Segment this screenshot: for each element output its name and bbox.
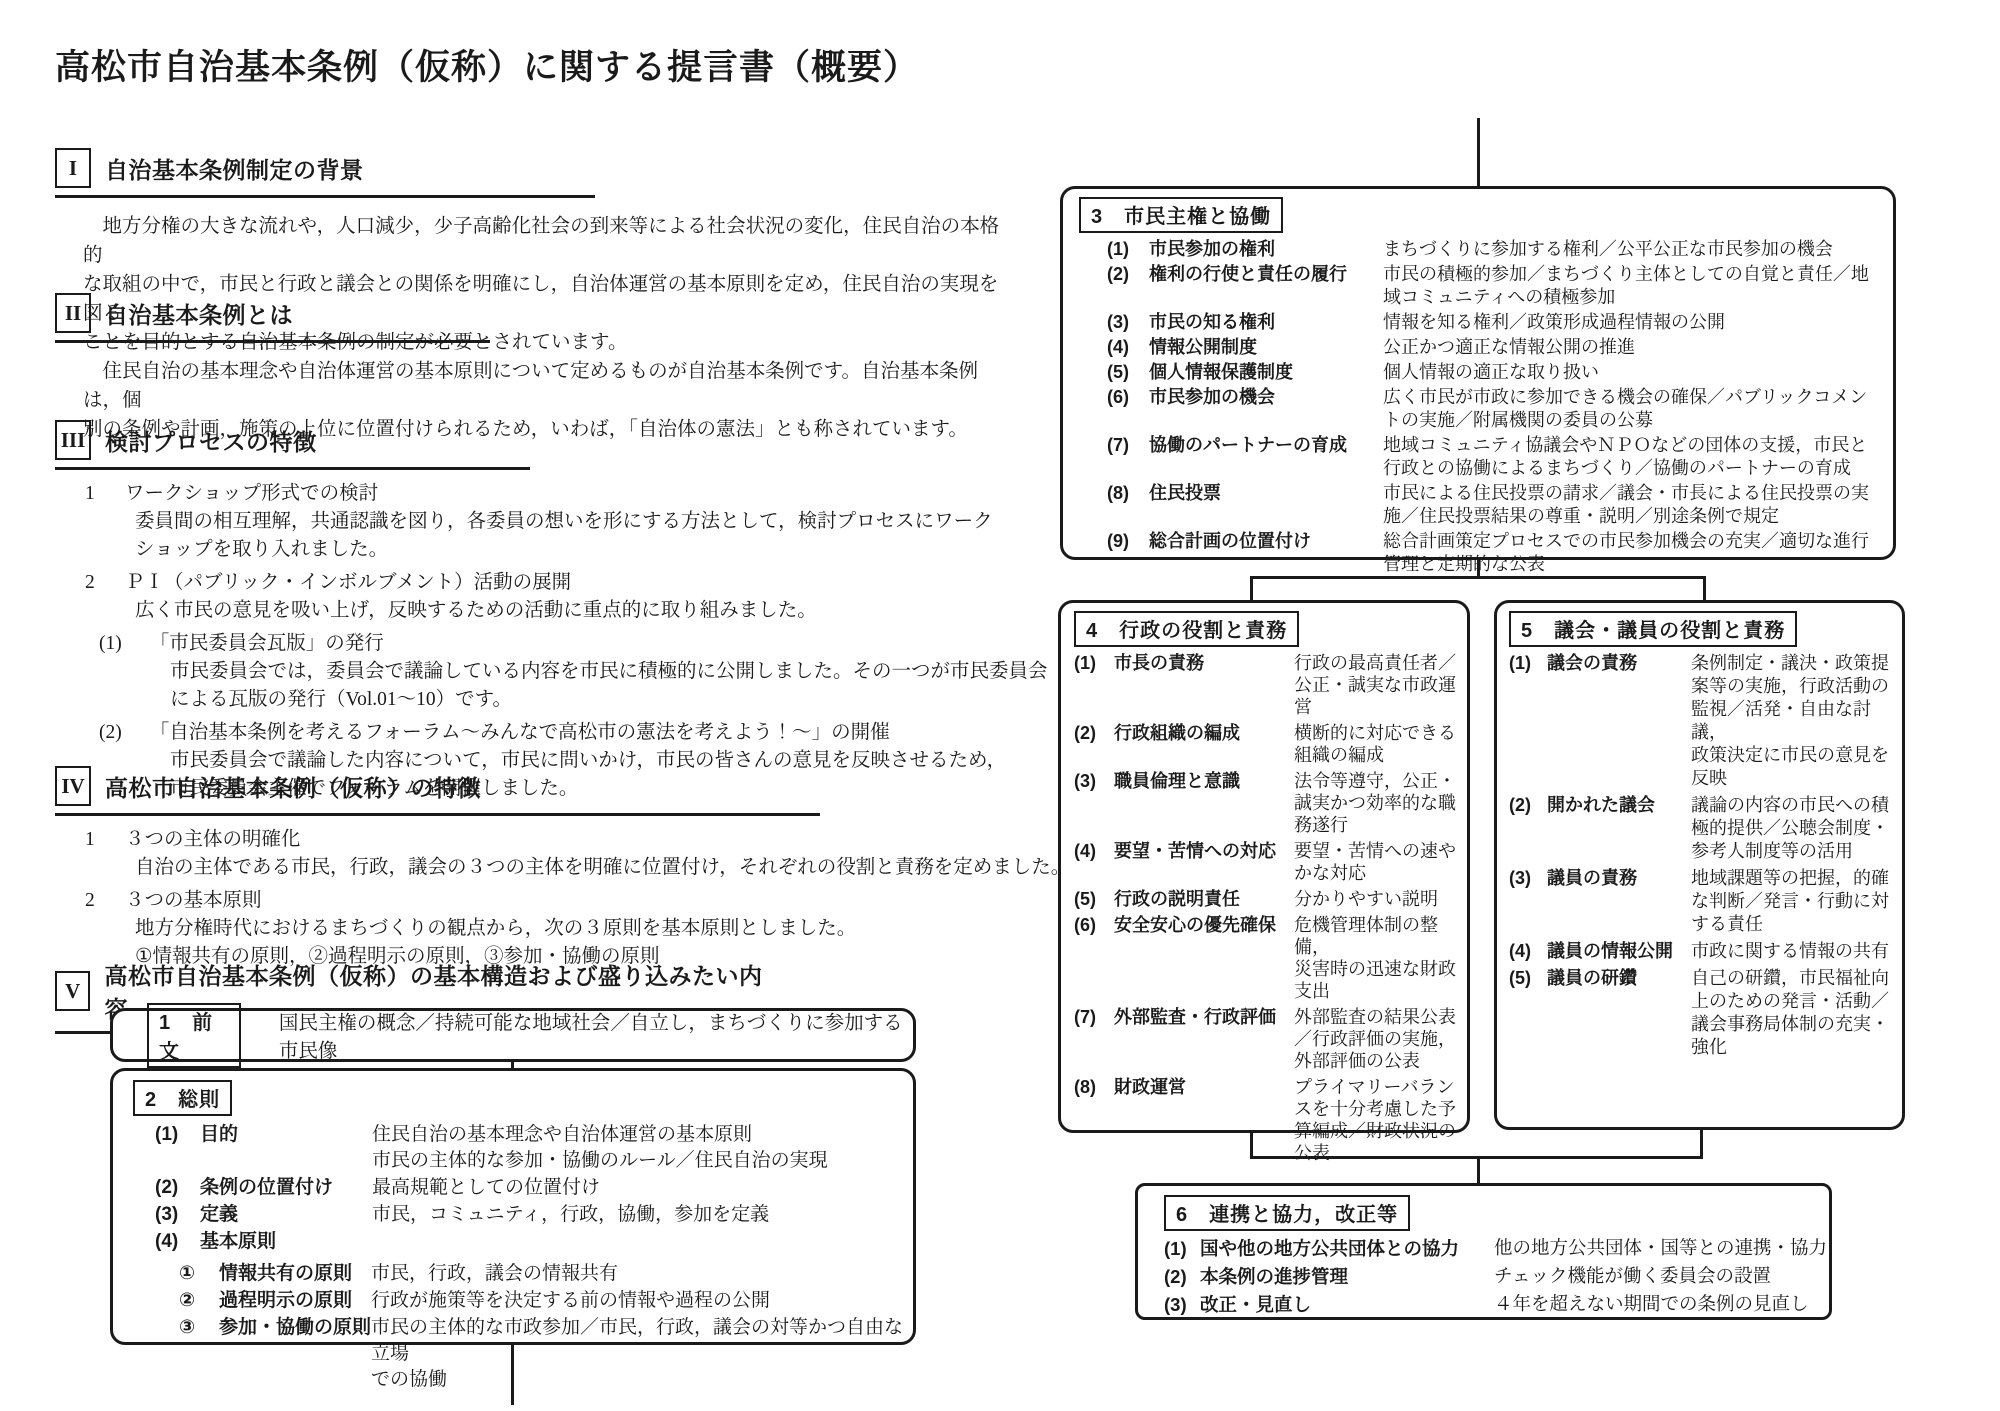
document-page: 高松市自治基本条例（仮称）に関する提言書（概要） I 自治基本条例制定の背景 地… [0,0,2000,1411]
connector-line [511,1345,514,1405]
row-term: 情報公開制度 [1149,336,1383,359]
row-number: (1) [1164,1236,1200,1262]
row-description: ４年を超えない期間での条例の見直し [1494,1292,1829,1318]
row-term: 過程明示の原則 [219,1288,371,1314]
row-number: ① [179,1261,219,1287]
row-term: 開かれた議会 [1547,794,1691,863]
table-row: (3) 職員倫理と意識 法令等遵守，公正・ 誠実かつ効率的な職 務遂行 [1061,770,1467,836]
item-title: ３つの基本原則 [125,887,262,915]
row-number: (4) [1509,940,1547,963]
table-row: (4) 基本原則 [113,1229,913,1255]
table-row: (8) 住民投票 市民による住民投票の請求／議会・市長による住民投票の実 施／住… [1063,482,1893,528]
table-row: (2) 権利の行使と責任の履行 市民の積極的参加／まちづくり主体としての自覚と責… [1063,263,1893,309]
row-description: 地域課題等の把握，的確 な判断／発言・行動に対 する責任 [1691,867,1902,936]
row-term: 総合計画の位置付け [1149,530,1383,576]
row-description: 危機管理体制の整備， 災害時の迅速な財政 支出 [1294,914,1467,1002]
box-text: 国民主権の概念／持続可能な地域社会／自立し，まちづくりに参加する市民像 [279,1007,913,1063]
table-row: (1) 国や他の地方公共団体との協力 他の地方公共団体・国等との連携・協力 [1138,1236,1829,1262]
row-description: 条例制定・議決・政策提 案等の実施，行政活動の 監視／活発・自由な討議， 政策決… [1691,652,1902,790]
table-row: (7) 外部監査・行政評価 外部監査の結果公表 ／行政評価の実施， 外部評価の公… [1061,1006,1467,1072]
row-number: (3) [1509,867,1547,936]
row-number: (2) [155,1175,200,1201]
section-heading: I 自治基本条例制定の背景 [55,148,595,198]
row-description: 行政の最高責任者／ 公正・誠実な市政運 営 [1294,652,1467,718]
item-number: 2 [85,887,103,915]
row-term: 本条例の進捗管理 [1200,1264,1494,1290]
row-description: 自己の研鑽，市民福祉向 上のための発言・活動／ 議会事務局体制の充実・ 強化 [1691,967,1902,1059]
flow-box-citizen-sovereignty: 3 市民主権と協働 (1) 市民参加の権利 まちづくりに参加する権利／公平公正な… [1060,186,1896,560]
row-number: (5) [1074,888,1114,910]
table-row: (5) 行政の説明責任 分かりやすい説明 [1061,888,1467,910]
box-rows: (1) 目的 住民自治の基本理念や自治体運営の基本原則 市民の主体的な参加・協働… [113,1122,913,1255]
row-number: (6) [1107,386,1149,432]
row-description: 総合計画策定プロセスでの市民参加機会の充実／適切な進行 管理と定期的な公表 [1383,530,1893,576]
section-heading: II 自治基本条例とは [55,293,490,343]
box-label: 1 前文 [147,1003,241,1068]
row-term: 要望・苦情への対応 [1114,840,1294,884]
table-row: (3) 議員の責務 地域課題等の把握，的確 な判断／発言・行動に対 する責任 [1497,867,1902,936]
row-number: (8) [1074,1076,1114,1164]
table-row: (3) 市民の知る権利 情報を知る権利／政策形成過程情報の公開 [1063,311,1893,334]
row-description: 広く市民が市政に参加できる機会の確保／パブリックコメン トの実施／附属機関の委員… [1383,386,1893,432]
row-description: 議論の内容の市民への積 極的提供／公聴会制度・ 参考人制度等の活用 [1691,794,1902,863]
box-label: 3 市民主権と協働 [1079,197,1283,233]
item-title: ３つの主体の明確化 [125,826,301,854]
row-description: 市民による住民投票の請求／議会・市長による住民投票の実 施／住民投票結果の尊重・… [1383,482,1893,528]
box-rows: (1) 議会の責務 条例制定・議決・政策提 案等の実施，行政活動の 監視／活発・… [1497,652,1902,1059]
section-heading: III 検討プロセスの特徴 [55,420,530,470]
item-title: 「市民委員会瓦版」の発行 [150,630,384,658]
row-description: 地域コミュニティ協議会やＮＰＯなどの団体の支援，市民と 行政との協働によるまちづ… [1383,434,1893,480]
row-number: (3) [1107,311,1149,334]
section-title: 自治基本条例とは [105,297,293,330]
row-number: (1) [155,1122,200,1174]
row-number: (4) [1074,840,1114,884]
row-term: 議員の情報公開 [1547,940,1691,963]
row-term: 議会の責務 [1547,652,1691,790]
flow-box-general-rules: 2 総則 (1) 目的 住民自治の基本理念や自治体運営の基本原則 市民の主体的な… [110,1068,916,1345]
row-term: 国や他の地方公共団体との協力 [1200,1236,1494,1262]
row-term: 権利の行使と責任の履行 [1149,263,1383,309]
table-row: ② 過程明示の原則 行政が施策等を決定する前の情報や過程の公開 [113,1288,913,1314]
box-label: 5 議会・議員の役割と責務 [1509,611,1797,647]
item-number: 2 [85,569,103,597]
table-row: (1) 市長の責務 行政の最高責任者／ 公正・誠実な市政運 営 [1061,652,1467,718]
row-term: 外部監査・行政評価 [1114,1006,1294,1072]
table-row: (2) 開かれた議会 議論の内容の市民への積 極的提供／公聴会制度・ 参考人制度… [1497,794,1902,863]
row-number: (2) [1107,263,1149,309]
list-subitem: (1) 「市民委員会瓦版」の発行 市民委員会では，委員会で議論している内容を市民… [85,630,1048,714]
row-term: 住民投票 [1149,482,1383,528]
row-term: 個人情報保護制度 [1149,361,1383,384]
row-description: 情報を知る権利／政策形成過程情報の公開 [1383,311,1893,334]
table-row: (2) 条例の位置付け 最高規範としての位置付け [113,1175,913,1201]
row-number: (3) [155,1202,200,1228]
row-description: 外部監査の結果公表 ／行政評価の実施， 外部評価の公表 [1294,1006,1467,1072]
row-term: 市民参加の権利 [1149,238,1383,261]
table-row: (1) 目的 住民自治の基本理念や自治体運営の基本原則 市民の主体的な参加・協働… [113,1122,913,1174]
row-term: 参加・協働の原則 [219,1315,371,1393]
table-row: (6) 市民参加の機会 広く市民が市政に参加できる機会の確保／パブリックコメン … [1063,386,1893,432]
row-description: 分かりやすい説明 [1294,888,1467,910]
item-body: 広く市民の意見を吸い上げ，反映するための活動に重点的に取り組みました。 [135,597,1048,625]
row-number: (2) [1164,1264,1200,1290]
row-number: (5) [1509,967,1547,1059]
section-title: 検討プロセスの特徴 [105,424,317,457]
row-term: 市民の知る権利 [1149,311,1383,334]
flow-box-assembly: 5 議会・議員の役割と責務 (1) 議会の責務 条例制定・議決・政策提 案等の実… [1494,600,1905,1130]
page-title: 高松市自治基本条例（仮称）に関する提言書（概要） [55,40,919,90]
row-number: (7) [1107,434,1149,480]
row-description: 横断的に対応できる 組織の編成 [1294,722,1467,766]
box-rows: (1) 国や他の地方公共団体との協力 他の地方公共団体・国等との連携・協力 (2… [1138,1236,1829,1318]
row-number: ③ [179,1315,219,1393]
row-number: (1) [1107,238,1149,261]
row-number: (3) [1074,770,1114,836]
box-label: 2 総則 [133,1080,232,1116]
table-row: (1) 市民参加の権利 まちづくりに参加する権利／公平公正な市民参加の機会 [1063,238,1893,261]
roman-numeral-box: III [55,420,91,460]
row-number: (2) [1509,794,1547,863]
row-number: (2) [1074,722,1114,766]
section-3-process: III 検討プロセスの特徴 1 ワークショップ形式での検討 委員間の相互理解，共… [55,420,1048,803]
connector-line [511,1062,514,1070]
connector-line [1477,118,1480,186]
row-term: 行政組織の編成 [1114,722,1294,766]
box-label: 6 連携と協力，改正等 [1164,1195,1410,1231]
list-item: 2 ＰＩ（パブリック・インボルブメント）活動の展開 広く市民の意見を吸い上げ，反… [85,569,1048,625]
table-row: (5) 議員の研鑽 自己の研鑽，市民福祉向 上のための発言・活動／ 議会事務局体… [1497,967,1902,1059]
table-row: (6) 安全安心の優先確保 危機管理体制の整備， 災害時の迅速な財政 支出 [1061,914,1467,1002]
row-term: 目的 [200,1122,372,1174]
table-row: (8) 財政運営 プライマリーバラン スを十分考慮した予 算編成／財政状況の 公… [1061,1076,1467,1164]
row-term: 情報共有の原則 [219,1261,371,1287]
roman-numeral-box: V [55,971,90,1011]
connector-line [1700,1130,1703,1159]
table-row: (4) 議員の情報公開 市政に関する情報の共有 [1497,940,1902,963]
section-title: 自治基本条例制定の背景 [105,152,364,185]
table-row: ① 情報共有の原則 市民，行政，議会の情報共有 [113,1261,913,1287]
row-description: チェック機能が働く委員会の設置 [1494,1264,1829,1290]
row-term: 市民参加の機会 [1149,386,1383,432]
item-title: 「自治基本条例を考えるフォーラム～みんなで高松市の憲法を考えよう！～」の開催 [150,719,890,747]
flow-box-administration: 4 行政の役割と責務 (1) 市長の責務 行政の最高責任者／ 公正・誠実な市政運… [1058,600,1470,1133]
row-description: 行政が施策等を決定する前の情報や過程の公開 [371,1288,913,1314]
table-row: (1) 議会の責務 条例制定・議決・政策提 案等の実施，行政活動の 監視／活発・… [1497,652,1902,790]
row-term: 市長の責務 [1114,652,1294,718]
row-description: 市民，コミュニティ，行政，協働，参加を定義 [372,1202,913,1228]
row-description: プライマリーバラン スを十分考慮した予 算編成／財政状況の 公表 [1294,1076,1467,1164]
item-number: 1 [85,826,103,854]
row-number: (4) [155,1229,200,1255]
table-row: (5) 個人情報保護制度 個人情報の適正な取り扱い [1063,361,1893,384]
section-heading: IV 高松市自治基本条例（仮称）の特徴 [55,766,820,816]
item-number: (2) [99,719,122,747]
row-number: (4) [1107,336,1149,359]
row-number: ② [179,1288,219,1314]
table-row: (4) 要望・苦情への対応 要望・苦情への速や かな対応 [1061,840,1467,884]
roman-numeral-box: IV [55,766,91,806]
list-item: 1 ワークショップ形式での検討 委員間の相互理解，共通認識を図り，各委員の想いを… [85,480,1048,564]
row-description: 市民，行政，議会の情報共有 [371,1261,913,1287]
row-description: 要望・苦情への速や かな対応 [1294,840,1467,884]
row-number: (5) [1107,361,1149,384]
row-number: (6) [1074,914,1114,1002]
item-body: 自治の主体である市民，行政，議会の３つの主体を明確に位置付け，それぞれの役割と責… [135,854,1070,882]
row-term: 安全安心の優先確保 [1114,914,1294,1002]
row-term: 定義 [200,1202,372,1228]
row-description: 公正かつ適正な情報公開の推進 [1383,336,1893,359]
row-term: 改正・見直し [1200,1292,1494,1318]
roman-numeral-box: I [55,148,91,188]
list-item: 1 ３つの主体の明確化 自治の主体である市民，行政，議会の３つの主体を明確に位置… [85,826,1070,882]
item-body: 市民委員会では，委員会で議論している内容を市民に積極的に公開しました。その一つが… [170,658,1048,714]
connector-line [1250,576,1706,579]
connector-line [1703,578,1706,600]
row-term: 基本原則 [200,1229,372,1255]
table-row: (7) 協働のパートナーの育成 地域コミュニティ協議会やＮＰＯなどの団体の支援，… [1063,434,1893,480]
box-rows: (1) 市長の責務 行政の最高責任者／ 公正・誠実な市政運 営 (2) 行政組織… [1061,652,1467,1164]
box-label: 4 行政の役割と責務 [1074,611,1299,647]
item-number: (1) [99,630,122,658]
row-term: 条例の位置付け [200,1175,372,1201]
table-row: (2) 行政組織の編成 横断的に対応できる 組織の編成 [1061,722,1467,766]
row-term: 行政の説明責任 [1114,888,1294,910]
row-description: 最高規範としての位置付け [372,1175,913,1201]
table-row: (2) 本条例の進捗管理 チェック機能が働く委員会の設置 [1138,1264,1829,1290]
row-description: 法令等遵守，公正・ 誠実かつ効率的な職 務遂行 [1294,770,1467,836]
connector-line [1250,578,1253,600]
item-body: 委員間の相互理解，共通認識を図り，各委員の想いを形にする方法として，検討プロセス… [135,508,1048,564]
row-description: 市政に関する情報の共有 [1691,940,1902,963]
row-description: 他の地方公共団体・国等との連携・協力 [1494,1236,1829,1262]
box-rows: (1) 市民参加の権利 まちづくりに参加する権利／公平公正な市民参加の機会 (2… [1063,238,1893,576]
row-number: (9) [1107,530,1149,576]
row-term: 議員の責務 [1547,867,1691,936]
row-term: 議員の研鑽 [1547,967,1691,1059]
row-term: 職員倫理と意識 [1114,770,1294,836]
roman-numeral-box: II [55,293,91,333]
item-title: ワークショップ形式での検討 [125,480,378,508]
item-title: ＰＩ（パブリック・インボルブメント）活動の展開 [125,569,571,597]
item-number: 1 [85,480,103,508]
row-description: 個人情報の適正な取り扱い [1383,361,1893,384]
row-description [372,1229,913,1255]
row-number: (1) [1509,652,1547,790]
section-title: 高松市自治基本条例（仮称）の特徴 [105,770,481,803]
row-description: 市民の主体的な市政参加／市民，行政，議会の対等かつ自由な立場 での協働 [371,1315,913,1393]
row-description: 市民の積極的参加／まちづくり主体としての自覚と責任／地 域コミュニティへの積極参… [1383,263,1893,309]
section-4-features: IV 高松市自治基本条例（仮称）の特徴 1 ３つの主体の明確化 自治の主体である… [55,766,1070,971]
row-term: 協働のパートナーの育成 [1149,434,1383,480]
row-description: まちづくりに参加する権利／公平公正な市民参加の機会 [1383,238,1893,261]
row-number: (7) [1074,1006,1114,1072]
row-number: (1) [1074,652,1114,718]
connector-line [1477,1156,1480,1183]
row-description: 住民自治の基本理念や自治体運営の基本原則 市民の主体的な参加・協働のルール／住民… [372,1122,913,1174]
table-row: (3) 定義 市民，コミュニティ，行政，協働，参加を定義 [113,1202,913,1228]
flow-box-cooperation-revision: 6 連携と協力，改正等 (1) 国や他の地方公共団体との協力 他の地方公共団体・… [1135,1183,1832,1320]
row-term: 財政運営 [1114,1076,1294,1164]
row-number: (8) [1107,482,1149,528]
table-row: (3) 改正・見直し ４年を超えない期間での条例の見直し [1138,1292,1829,1318]
table-row: (4) 情報公開制度 公正かつ適正な情報公開の推進 [1063,336,1893,359]
flow-box-preamble: 1 前文 国民主権の概念／持続可能な地域社会／自立し，まちづくりに参加する市民像 [110,1008,916,1062]
row-number: (3) [1164,1292,1200,1318]
